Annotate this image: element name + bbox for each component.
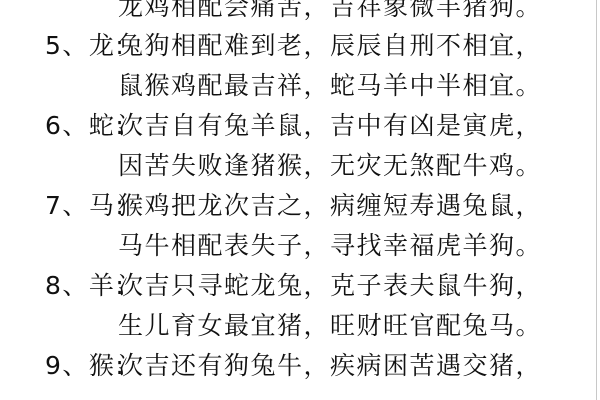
verse-text: 次吉只寻蛇龙兔，克子表夫鼠牛狗，	[118, 266, 542, 306]
verse-text: 次吉还有狗兔牛，疾病困苦遇交猪，	[118, 346, 542, 386]
verse-label: 7、马:	[45, 186, 120, 226]
verse-text: 因苦失败逢猪猴，无灾无煞配牛鸡。	[118, 146, 542, 186]
verse-line: 8、羊: 次吉只寻蛇龙兔，克子表夫鼠牛狗，	[0, 266, 600, 306]
verse-line: 5、龙: 兔狗相配难到老，辰辰自刑不相宜，	[0, 26, 600, 66]
verse-label: 5、龙:	[45, 26, 120, 66]
verse-text: 次吉自有兔羊鼠，吉中有凶是寅虎，	[118, 106, 542, 146]
verse-line: 马牛相配表失子，寻找幸福虎羊狗。	[0, 226, 600, 266]
verse-line: 6、蛇: 次吉自有兔羊鼠，吉中有凶是寅虎，	[0, 106, 600, 146]
verse-text: 生儿育女最宜猪，旺财旺官配兔马。	[118, 306, 542, 346]
verse-text: 马牛相配表失子，寻找幸福虎羊狗。	[118, 226, 542, 266]
verse-line: 9、猴: 次吉还有狗兔牛，疾病困苦遇交猪，	[0, 346, 600, 386]
verse-line: 生儿育女最宜猪，旺财旺官配兔马。	[0, 306, 600, 346]
verse-line: 鼠猴鸡配最吉祥，蛇马羊中半相宜。	[0, 66, 600, 106]
verse-line: 龙鸡相配会痛苦，吉祥象微羊猪狗。	[0, 0, 600, 27]
verse-label: 6、蛇:	[45, 106, 120, 146]
verse-label: 9、猴:	[45, 346, 120, 386]
verse-text: 兔狗相配难到老，辰辰自刑不相宜，	[118, 26, 542, 66]
verse-line: 7、马: 猴鸡把龙次吉之，病缠短寿遇兔鼠，	[0, 186, 600, 226]
verse-text: 鼠猴鸡配最吉祥，蛇马羊中半相宜。	[118, 66, 542, 106]
verse-label: 8、羊:	[45, 266, 120, 306]
verse-text: 猴鸡把龙次吉之，病缠短寿遇兔鼠，	[118, 186, 542, 226]
verse-line: 因苦失败逢猪猴，无灾无煞配牛鸡。	[0, 146, 600, 186]
verse-text: 龙鸡相配会痛苦，吉祥象微羊猪狗。	[118, 0, 542, 27]
page-edge-divider	[596, 0, 597, 400]
